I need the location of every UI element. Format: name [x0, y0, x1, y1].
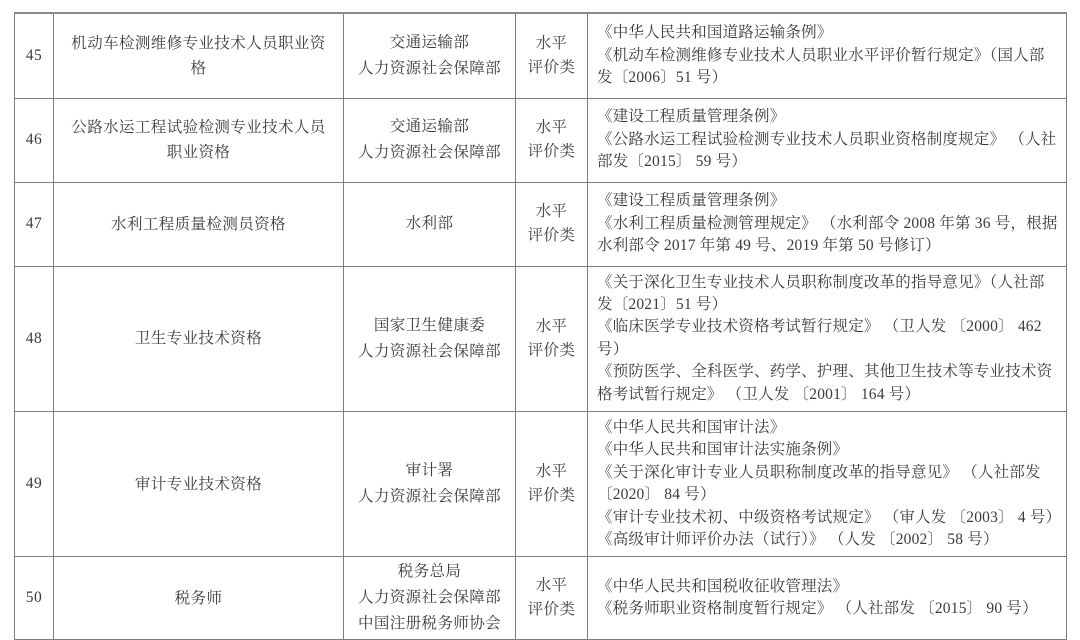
category-line: 水平: [518, 200, 585, 224]
department-line: 中国注册税务师协会: [348, 611, 511, 637]
legal-basis: 《建设工程质量管理条例》《公路水运工程试验检测专业技术人员职业资格制度规定》 （…: [588, 98, 1067, 182]
basis-item: 《关于深化卫生专业技术人员职称制度改革的指导意见》（人社部发〔2021〕51 号…: [597, 272, 1060, 317]
basis-item: 《建设工程质量管理条例》: [597, 106, 1060, 128]
department-line: 税务总局: [348, 559, 511, 585]
department-line: 国家卫生健康委: [348, 313, 511, 339]
category-line: 评价类: [518, 56, 585, 80]
department-line: 水利部: [348, 211, 511, 237]
implementing-departments: 国家卫生健康委人力资源社会保障部: [344, 266, 516, 411]
row-number: 48: [15, 266, 54, 411]
category-line: 评价类: [518, 140, 585, 164]
category-line: 评价类: [518, 224, 585, 248]
department-line: 人力资源社会保障部: [348, 339, 511, 365]
department-line: 交通运输部: [348, 114, 511, 140]
implementing-departments: 水利部: [344, 182, 516, 266]
legal-basis: 《中华人民共和国道路运输条例》《机动车检测维修专业技术人员职业水平评价暂行规定》…: [588, 13, 1067, 98]
basis-item: 《临床医学专业技术资格考试暂行规定》 （卫人发 〔2000〕 462 号）: [597, 316, 1060, 361]
qualification-name: 机动车检测维修专业技术人员职业资格: [54, 13, 344, 98]
category: 水平评价类: [516, 13, 588, 98]
qualification-name: 税务师: [54, 557, 344, 640]
category-line: 评价类: [518, 598, 585, 622]
legal-basis: 《关于深化卫生专业技术人员职称制度改革的指导意见》（人社部发〔2021〕51 号…: [588, 266, 1067, 411]
basis-item: 《高级审计师评价办法（试行）》 （人发 〔2002〕 58 号）: [597, 529, 1060, 551]
basis-item: 《中华人民共和国审计法》: [597, 417, 1060, 439]
basis-item: 《公路水运工程试验检测专业技术人员职业资格制度规定》 （人社部发〔2015〕 5…: [597, 129, 1060, 174]
department-line: 人力资源社会保障部: [348, 56, 511, 82]
row-number: 49: [15, 411, 54, 556]
basis-item: 《中华人民共和国审计法实施条例》: [597, 439, 1060, 461]
basis-item: 《预防医学、全科医学、药学、护理、其他卫生技术等专业技术资格考试暂行规定》 （卫…: [597, 361, 1060, 406]
basis-item: 《建设工程质量管理条例》: [597, 190, 1060, 212]
table-row: 46公路水运工程试验检测专业技术人员职业资格交通运输部人力资源社会保障部水平评价…: [15, 98, 1067, 182]
implementing-departments: 税务总局人力资源社会保障部中国注册税务师协会: [344, 557, 516, 640]
category-line: 评价类: [518, 339, 585, 363]
category-line: 水平: [518, 460, 585, 484]
basis-item: 《水利工程质量检测管理规定》 （水利部令 2008 年第 36 号，根据水利部令…: [597, 213, 1060, 258]
row-number: 45: [15, 13, 54, 98]
table-row: 49审计专业技术资格审计署人力资源社会保障部水平评价类《中华人民共和国审计法》《…: [15, 411, 1067, 556]
table-row: 50税务师税务总局人力资源社会保障部中国注册税务师协会水平评价类《中华人民共和国…: [15, 557, 1067, 640]
category-line: 水平: [518, 315, 585, 339]
category-line: 水平: [518, 116, 585, 140]
category: 水平评价类: [516, 557, 588, 640]
basis-item: 《中华人民共和国税收征收管理法》: [597, 576, 1060, 598]
qualification-name: 公路水运工程试验检测专业技术人员职业资格: [54, 98, 344, 182]
qualification-name: 卫生专业技术资格: [54, 266, 344, 411]
qualification-name: 水利工程质量检测员资格: [54, 182, 344, 266]
implementing-departments: 交通运输部人力资源社会保障部: [344, 13, 516, 98]
category-line: 评价类: [518, 484, 585, 508]
basis-item: 《机动车检测维修专业技术人员职业水平评价暂行规定》（国人部发〔2006〕51 号…: [597, 45, 1060, 90]
row-number: 47: [15, 182, 54, 266]
row-number: 50: [15, 557, 54, 640]
category: 水平评价类: [516, 411, 588, 556]
category: 水平评价类: [516, 182, 588, 266]
basis-item: 《中华人民共和国道路运输条例》: [597, 22, 1060, 44]
implementing-departments: 审计署人力资源社会保障部: [344, 411, 516, 556]
legal-basis: 《中华人民共和国审计法》《中华人民共和国审计法实施条例》《关于深化审计专业人员职…: [588, 411, 1067, 556]
qualification-table-body: 45机动车检测维修专业技术人员职业资格交通运输部人力资源社会保障部水平评价类《中…: [15, 13, 1067, 640]
department-line: 人力资源社会保障部: [348, 484, 511, 510]
basis-item: 《关于深化审计专业人员职称制度改革的指导意见》 （人社部发 〔2020〕 84 …: [597, 462, 1060, 507]
legal-basis: 《建设工程质量管理条例》《水利工程质量检测管理规定》 （水利部令 2008 年第…: [588, 182, 1067, 266]
category-line: 水平: [518, 574, 585, 598]
department-line: 人力资源社会保障部: [348, 585, 511, 611]
department-line: 交通运输部: [348, 30, 511, 56]
category: 水平评价类: [516, 266, 588, 411]
qualification-name: 审计专业技术资格: [54, 411, 344, 556]
basis-item: 《税务师职业资格制度暂行规定》 （人社部发 〔2015〕 90 号）: [597, 598, 1060, 620]
basis-item: 《审计专业技术初、中级资格考试规定》 （审人发 〔2003〕 4 号）: [597, 507, 1060, 529]
department-line: 人力资源社会保障部: [348, 140, 511, 166]
row-number: 46: [15, 98, 54, 182]
department-line: 审计署: [348, 458, 511, 484]
table-row: 45机动车检测维修专业技术人员职业资格交通运输部人力资源社会保障部水平评价类《中…: [15, 13, 1067, 98]
category: 水平评价类: [516, 98, 588, 182]
category-line: 水平: [518, 32, 585, 56]
legal-basis: 《中华人民共和国税收征收管理法》《税务师职业资格制度暂行规定》 （人社部发 〔2…: [588, 557, 1067, 640]
implementing-departments: 交通运输部人力资源社会保障部: [344, 98, 516, 182]
table-row: 47水利工程质量检测员资格水利部水平评价类《建设工程质量管理条例》《水利工程质量…: [15, 182, 1067, 266]
qualification-table: 45机动车检测维修专业技术人员职业资格交通运输部人力资源社会保障部水平评价类《中…: [14, 12, 1067, 640]
table-row: 48卫生专业技术资格国家卫生健康委人力资源社会保障部水平评价类《关于深化卫生专业…: [15, 266, 1067, 411]
